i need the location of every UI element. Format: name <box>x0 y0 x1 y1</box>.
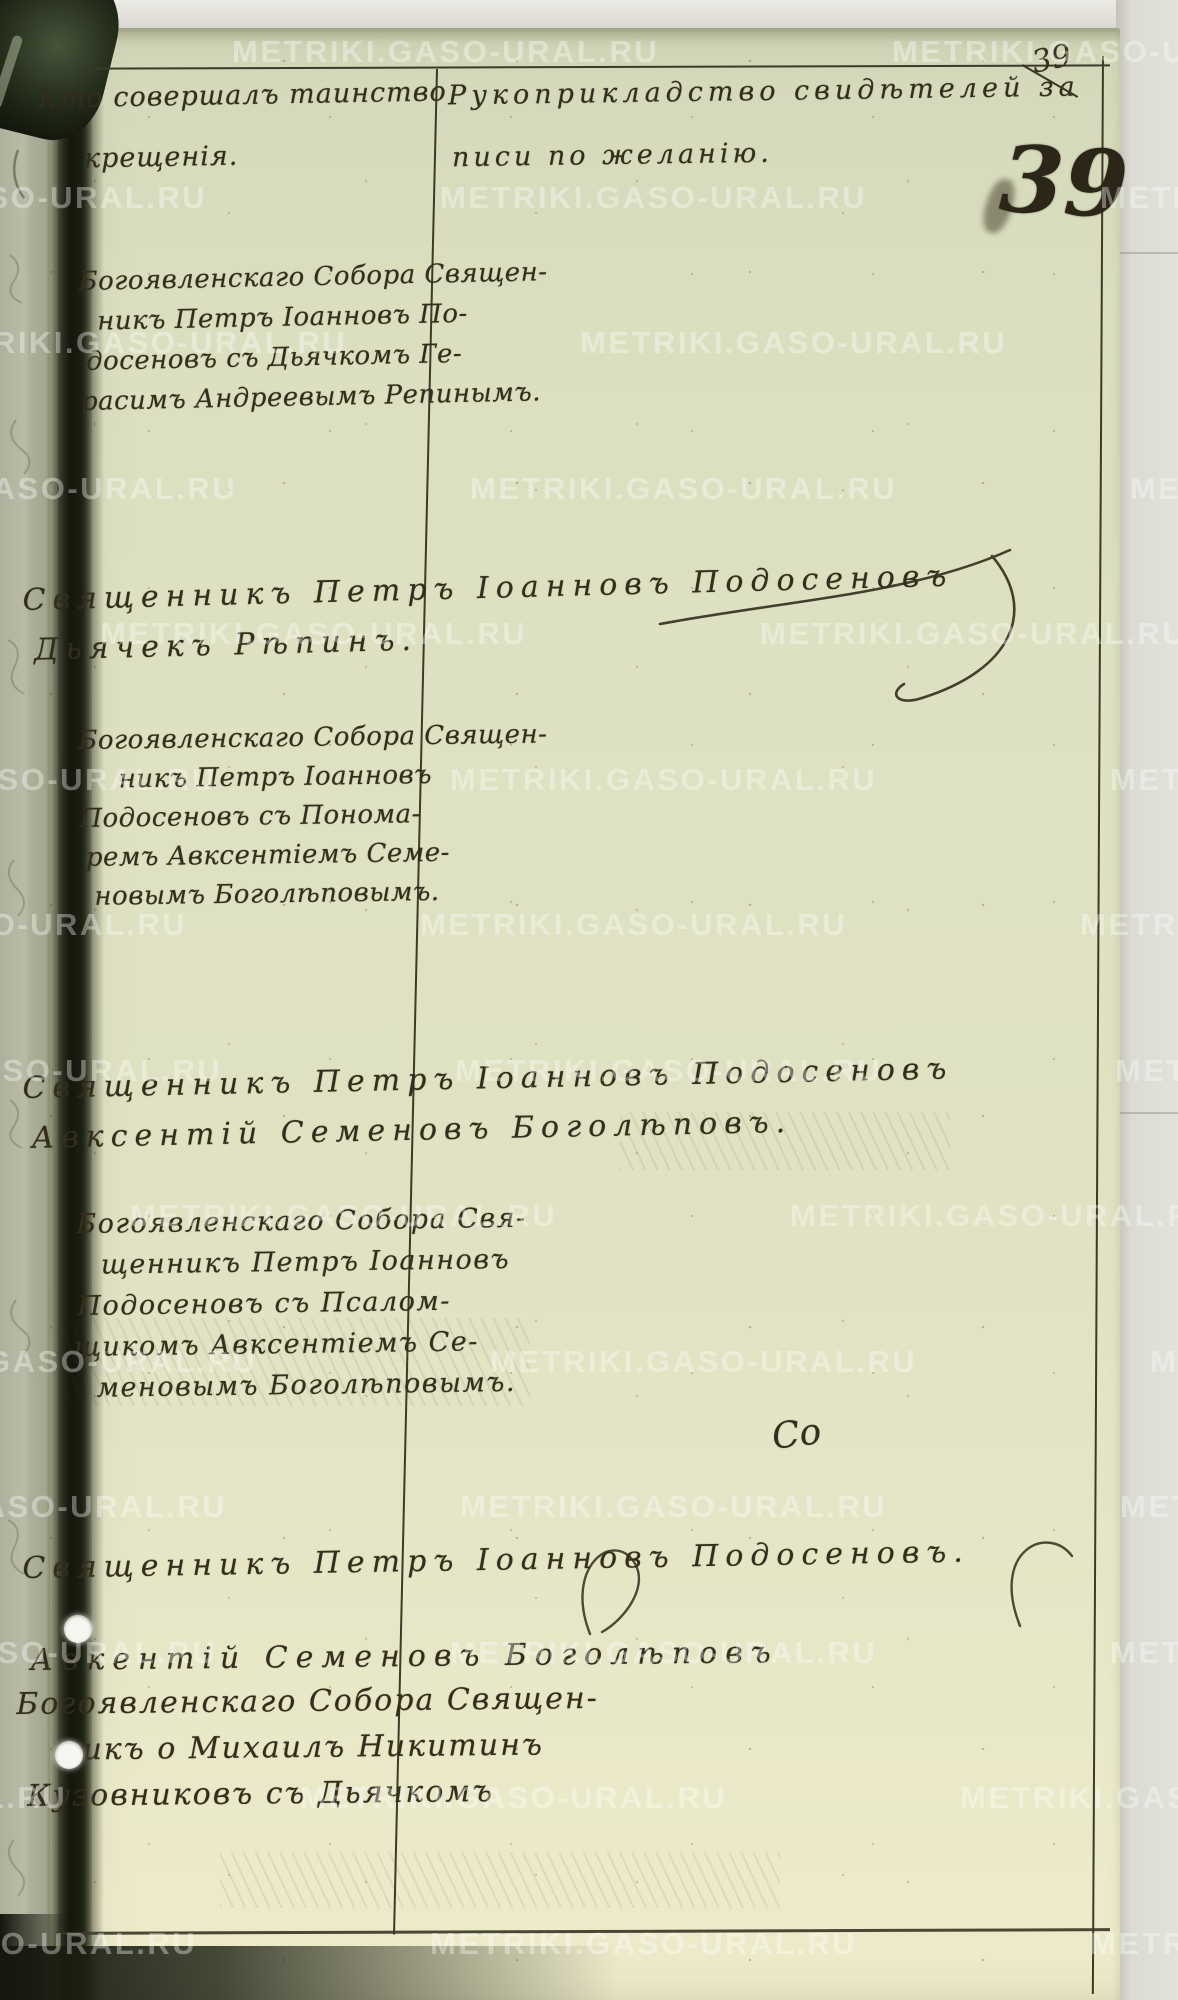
handwritten-line: Подосеновъ съ Понома- <box>79 793 549 839</box>
paper-crease <box>1116 1112 1178 1114</box>
handwritten-entry: Богоявленскаго Собора Священ-никъ Петръ … <box>78 715 550 917</box>
handwritten-entry: Богоявленскаго Собора Священ-никъ о Миха… <box>16 1676 600 1820</box>
handwritten-line: Кузовниковъ съ Дьячкомъ <box>27 1768 600 1820</box>
handwritten-line: новымъ Боголѣповымъ. <box>94 871 550 916</box>
punch-hole <box>55 1741 83 1769</box>
column1-header-line2: крещенія. <box>84 141 239 175</box>
backing-page-right-edge <box>1116 0 1178 2000</box>
bleedthrough-hatch <box>220 1852 780 1908</box>
handwritten-line: никъ Петръ Іоанновъ <box>119 754 549 799</box>
paper-crease <box>1116 252 1178 254</box>
handwritten-line: Богоявленскаго Собора Священ- <box>78 715 548 761</box>
bleedthrough-hatch <box>60 1318 530 1406</box>
handwritten-line: никъ о Михаилъ Никитинъ <box>60 1722 599 1774</box>
punch-hole <box>64 1615 92 1643</box>
handwritten-line: Авкентій Семеновъ Боголѣповъ <box>30 1630 779 1684</box>
bottom-edge-shadow <box>0 1946 620 2000</box>
handwritten-line: Богоявленскаго Собора Священ- <box>16 1676 599 1728</box>
bottom-corner-shadow <box>0 1914 78 2000</box>
column2-header-line2: писи по желанію. <box>452 138 773 173</box>
witness-column-ink-mark: Со <box>770 1411 824 1458</box>
handwritten-line: щенникъ Петръ Іоанновъ <box>101 1239 528 1286</box>
bleedthrough-hatch <box>620 1112 950 1170</box>
page-number-large: 39 <box>998 133 1131 232</box>
handwritten-line: Богоявленскаго Собора Свя- <box>76 1198 527 1245</box>
handwritten-line: ремъ Авксентіемъ Семе- <box>86 832 550 877</box>
handwritten-entry: Богоявленскаго Собора Священ-никъ Петръ … <box>78 252 550 422</box>
handwritten-entry: Авкентій Семеновъ Боголѣповъ <box>30 1630 779 1684</box>
scanned-register-page: Кто совершалъ таинство крещенія. Рукопри… <box>0 0 1178 2000</box>
